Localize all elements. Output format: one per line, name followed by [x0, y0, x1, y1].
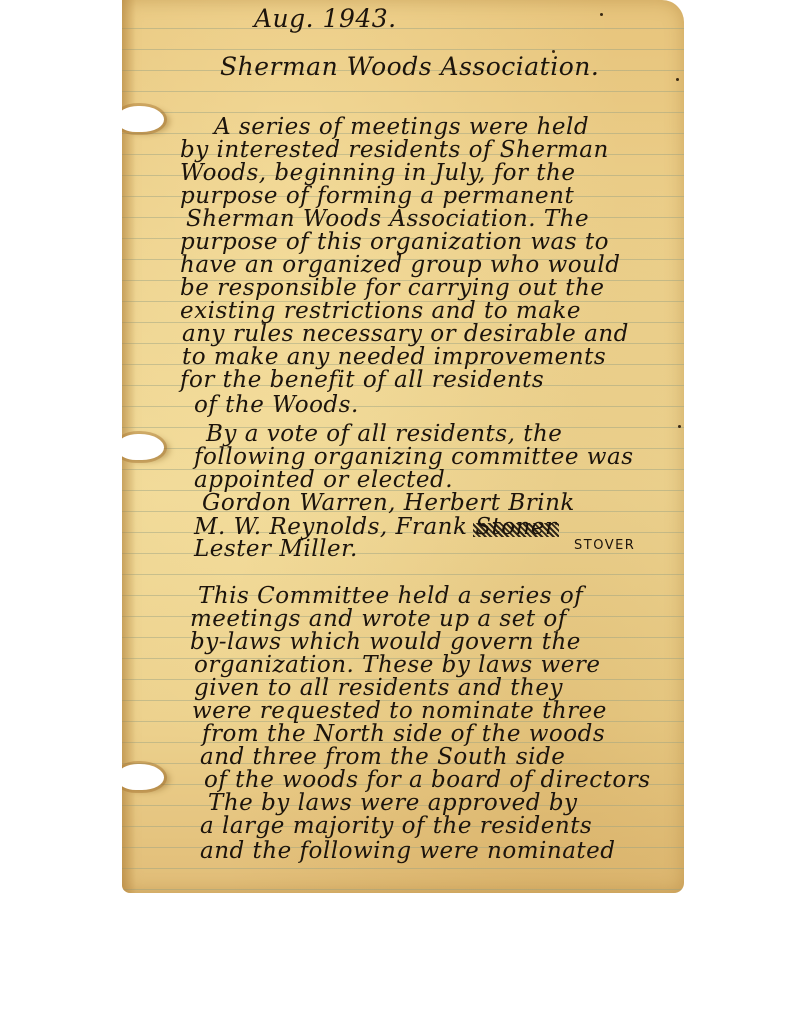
paragraph-1-line: of the Woods.	[194, 392, 359, 418]
notebook-page: Aug. 1943. Sherman Woods Association. A …	[122, 0, 684, 893]
paragraph-3-line: and the following were nominated	[200, 838, 616, 864]
date-line: Aug. 1943.	[254, 4, 397, 33]
committee-names-line-3: Lester Miller.	[194, 536, 358, 562]
paragraph-1-line: for the benefit of all residents	[180, 367, 544, 393]
committee-names-line-1: Gordon Warren, Herbert Brink	[202, 490, 575, 516]
handwritten-text: Aug. 1943. Sherman Woods Association. A …	[122, 0, 684, 893]
name-correction-note: STOVER	[574, 538, 635, 553]
page-title: Sherman Woods Association.	[220, 52, 599, 81]
struck-out-name: Stoner	[475, 514, 556, 540]
paragraph-3-line: a large majority of the residents	[200, 813, 592, 839]
